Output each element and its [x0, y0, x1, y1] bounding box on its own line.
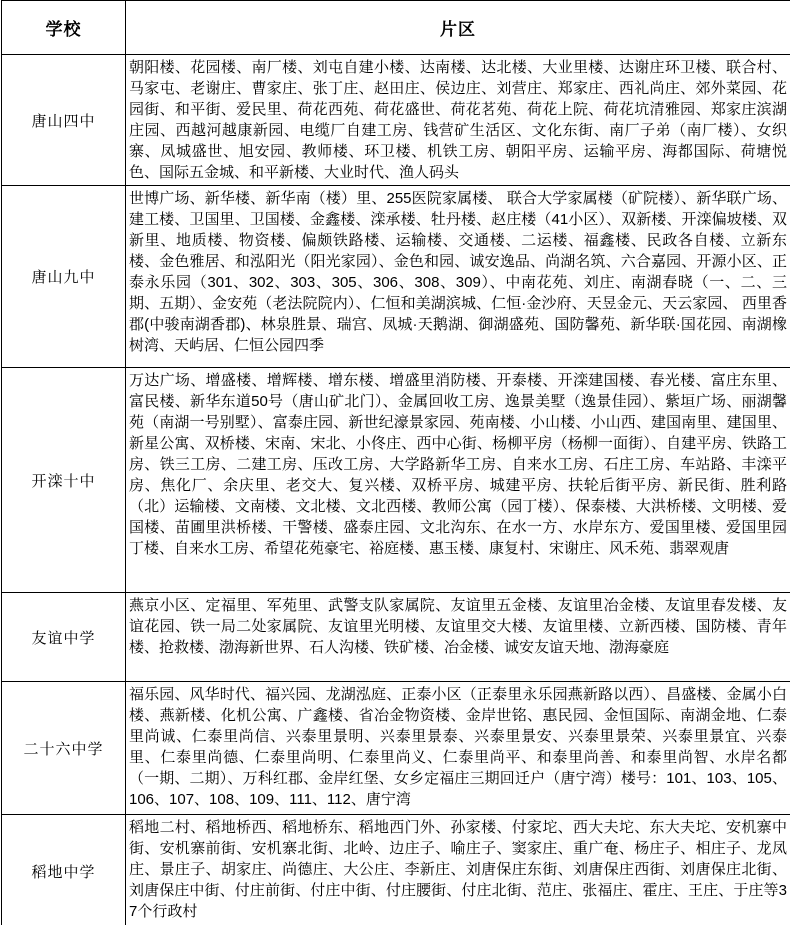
school-name: 开滦十中 [2, 368, 126, 593]
school-name: 稻地中学 [2, 815, 126, 925]
table-row: 友谊中学 燕京小区、定福里、军苑里、武警支队家属院、友谊里五金楼、友谊里冶金楼、… [2, 593, 790, 682]
school-district-table: 学校 片区 唐山四中 朝阳楼、花园楼、南厂楼、刘屯自建小楼、达南楼、达北楼、大业… [1, 0, 790, 925]
table-row: 稻地中学 稻地二村、稻地桥西、稻地桥东、稻地西门外、孙家楼、付家坨、西大夫坨、东… [2, 815, 790, 925]
table-row: 唐山九中 世博广场、新华楼、新华南（楼）里、255医院家属楼、 联合大学家属楼（… [2, 186, 790, 368]
header-row: 学校 片区 [2, 1, 790, 55]
header-district: 片区 [126, 1, 790, 55]
district-list: 万达广场、增盛楼、增辉楼、增东楼、增盛里消防楼、开泰楼、开滦建国楼、春光楼、富庄… [126, 368, 790, 593]
table-row: 二十六中学 福乐园、风华时代、福兴园、龙湖泓庭、正泰小区（正泰里永乐园燕新路以西… [2, 682, 790, 815]
table-row: 开滦十中 万达广场、增盛楼、增辉楼、增东楼、增盛里消防楼、开泰楼、开滦建国楼、春… [2, 368, 790, 593]
school-name: 唐山四中 [2, 55, 126, 186]
district-list: 稻地二村、稻地桥西、稻地桥东、稻地西门外、孙家楼、付家坨、西大夫坨、东大夫坨、安… [126, 815, 790, 925]
district-list: 福乐园、风华时代、福兴园、龙湖泓庭、正泰小区（正泰里永乐园燕新路以西）、昌盛楼、… [126, 682, 790, 815]
district-list: 世博广场、新华楼、新华南（楼）里、255医院家属楼、 联合大学家属楼（矿院楼）、… [126, 186, 790, 368]
school-name: 唐山九中 [2, 186, 126, 368]
school-name: 二十六中学 [2, 682, 126, 815]
table-row: 唐山四中 朝阳楼、花园楼、南厂楼、刘屯自建小楼、达南楼、达北楼、大业里楼、达谢庄… [2, 55, 790, 186]
district-list: 朝阳楼、花园楼、南厂楼、刘屯自建小楼、达南楼、达北楼、大业里楼、达谢庄环卫楼、联… [126, 55, 790, 186]
school-district-page: 学校 片区 唐山四中 朝阳楼、花园楼、南厂楼、刘屯自建小楼、达南楼、达北楼、大业… [0, 0, 790, 925]
school-name: 友谊中学 [2, 593, 126, 682]
header-school: 学校 [2, 1, 126, 55]
district-list: 燕京小区、定福里、军苑里、武警支队家属院、友谊里五金楼、友谊里冶金楼、友谊里春发… [126, 593, 790, 682]
